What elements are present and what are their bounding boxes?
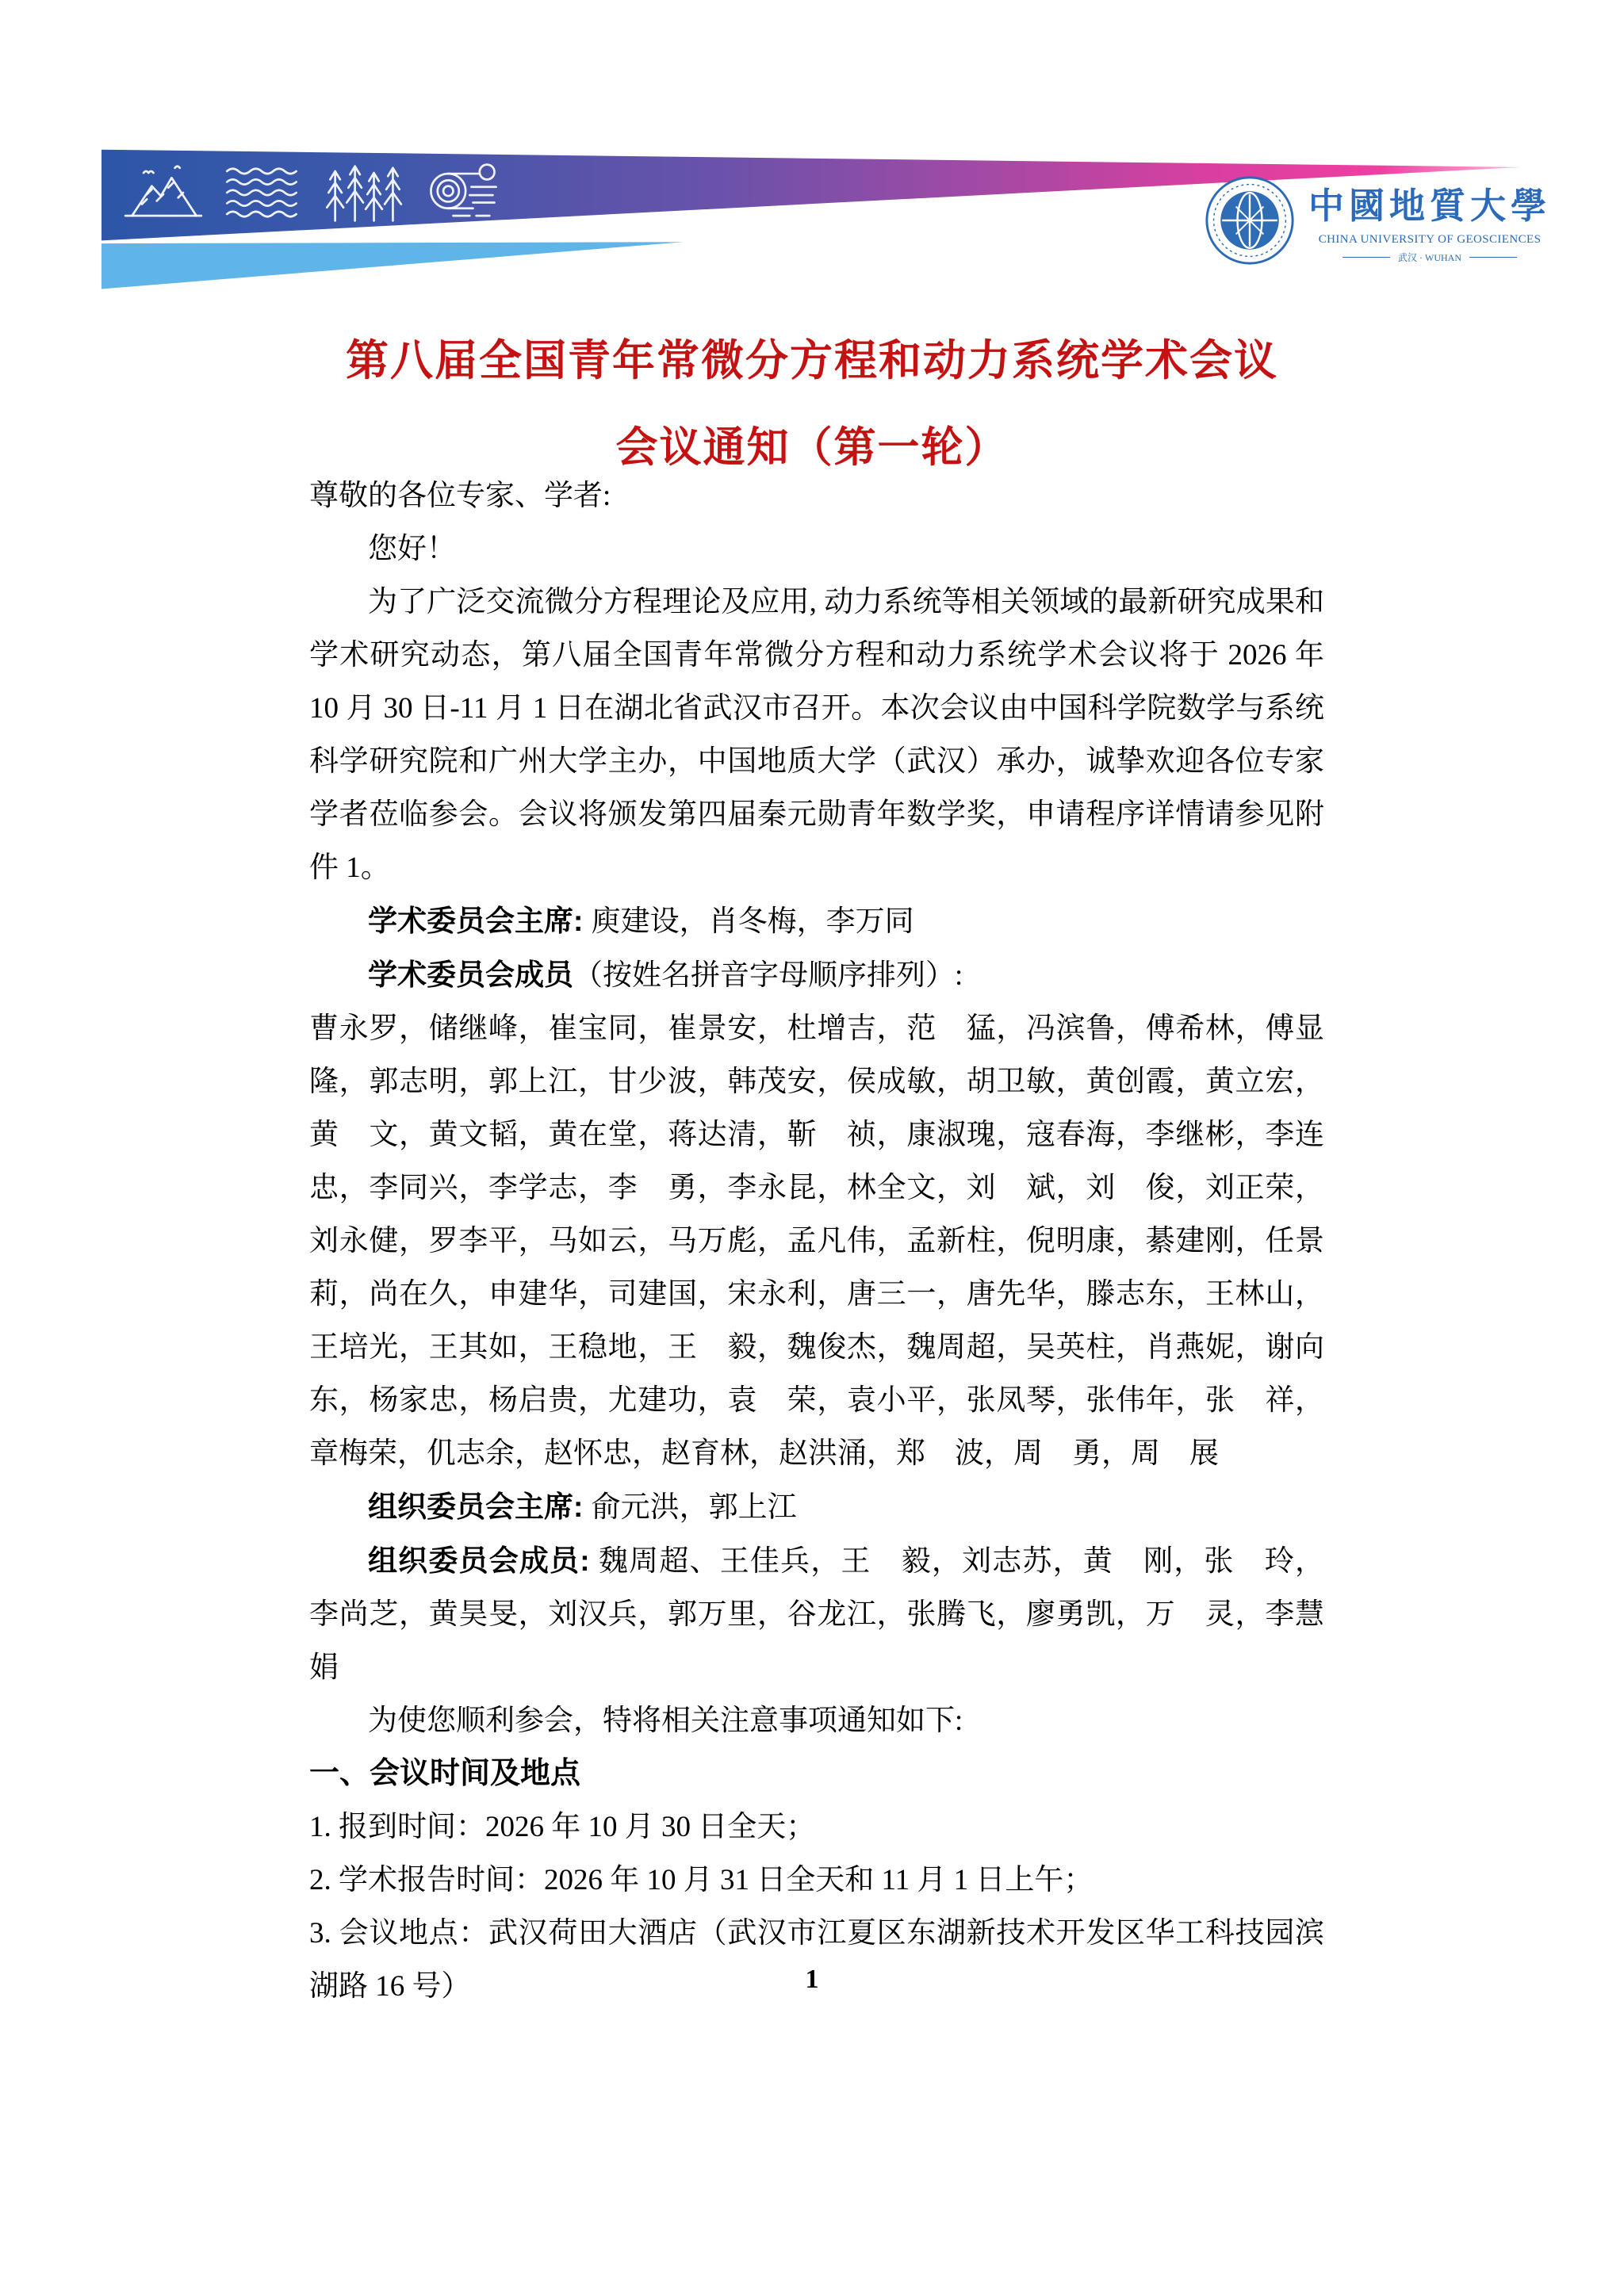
university-emblem-icon: [1204, 174, 1296, 266]
academic-members-list: 曹永罗，储继峰，崔宝同，崔景安，杜增吉，范 猛，冯滨鲁，傅希林，傅显隆，郭志明，…: [309, 1002, 1324, 1480]
intro-paragraph: 为了广泛交流微分方程理论及应用, 动力系统等相关领域的最新研究成果和学术研究动态…: [309, 576, 1324, 894]
document-title: 第八届全国青年常微分方程和动力系统学术会议 会议通知（第一轮）: [0, 327, 1624, 474]
page-number: 1: [0, 1965, 1624, 1995]
document-body: 尊敬的各位专家、学者: 您好！ 为了广泛交流微分方程理论及应用, 动力系统等相关…: [309, 469, 1324, 2013]
core-sample-icon: [422, 158, 504, 228]
university-logo-text: 中國地質大學 CHINA UNIVERSITY OF GEOSCIENCES 武…: [1308, 177, 1551, 264]
org-chair-line: 组织委员会主席: 俞元洪，郭上江: [309, 1480, 1324, 1534]
org-members-line: 组织委员会成员: 魏周超、王佳兵，王 毅，刘志苏，黄 刚，张 玲，李尚芝，黄昊旻…: [309, 1534, 1324, 1694]
academic-members-heading: 学术委员会成员（按姓名拼音字母顺序排列）:: [309, 948, 1324, 1002]
academic-chair-names: 庾建设，肖冬梅，李万同: [592, 905, 914, 938]
org-chair-names: 俞元洪，郭上江: [592, 1491, 797, 1524]
banner-icons: [122, 158, 504, 228]
org-members-label: 组织委员会成员:: [368, 1544, 599, 1577]
greeting: 您好！: [309, 522, 1324, 576]
title-line-1: 第八届全国青年常微分方程和动力系统学术会议: [0, 327, 1624, 388]
university-campus-line: 武汉 · WUHAN: [1308, 251, 1551, 264]
section-1-item-2: 2. 学术报告时间：2026 年 10 月 31 日全天和 11 月 1 日上午…: [309, 1854, 1324, 1907]
rule-right: [1469, 257, 1517, 258]
section-1-item-1: 1. 报到时间：2026 年 10 月 30 日全天；: [309, 1800, 1324, 1854]
section-1-heading: 一、会议时间及地点: [309, 1747, 1324, 1800]
section-1-item-3: 3. 会议地点：武汉荷田大酒店（武汉市江夏区东湖新技术开发区华工科技园滨湖路 1…: [309, 1907, 1324, 2013]
rule-left: [1342, 257, 1390, 258]
org-chair-label: 组织委员会主席:: [368, 1490, 592, 1523]
academic-members-label: 学术委员会成员: [368, 959, 573, 991]
academic-members-note: （按姓名拼音字母顺序排列）:: [573, 959, 963, 992]
salutation: 尊敬的各位专家、学者:: [309, 469, 1324, 522]
document-page: 中國地質大學 CHINA UNIVERSITY OF GEOSCIENCES 武…: [0, 0, 1624, 2296]
notice-intro: 为使您顺利参会，特将相关注意事项通知如下:: [309, 1694, 1324, 1747]
mountain-icon: [122, 158, 205, 228]
university-logo: 中國地質大學 CHINA UNIVERSITY OF GEOSCIENCES 武…: [1204, 174, 1551, 266]
title-line-2: 会议通知（第一轮）: [0, 414, 1624, 474]
university-name-cn: 中國地質大學: [1308, 177, 1551, 228]
waves-icon: [222, 158, 304, 228]
pine-trees-icon: [322, 158, 404, 228]
academic-chair-line: 学术委员会主席: 庾建设，肖冬梅，李万同: [309, 894, 1324, 948]
university-campus-label: 武汉 · WUHAN: [1398, 251, 1461, 264]
academic-chair-label: 学术委员会主席:: [368, 905, 592, 937]
university-name-en: CHINA UNIVERSITY OF GEOSCIENCES: [1308, 233, 1551, 247]
